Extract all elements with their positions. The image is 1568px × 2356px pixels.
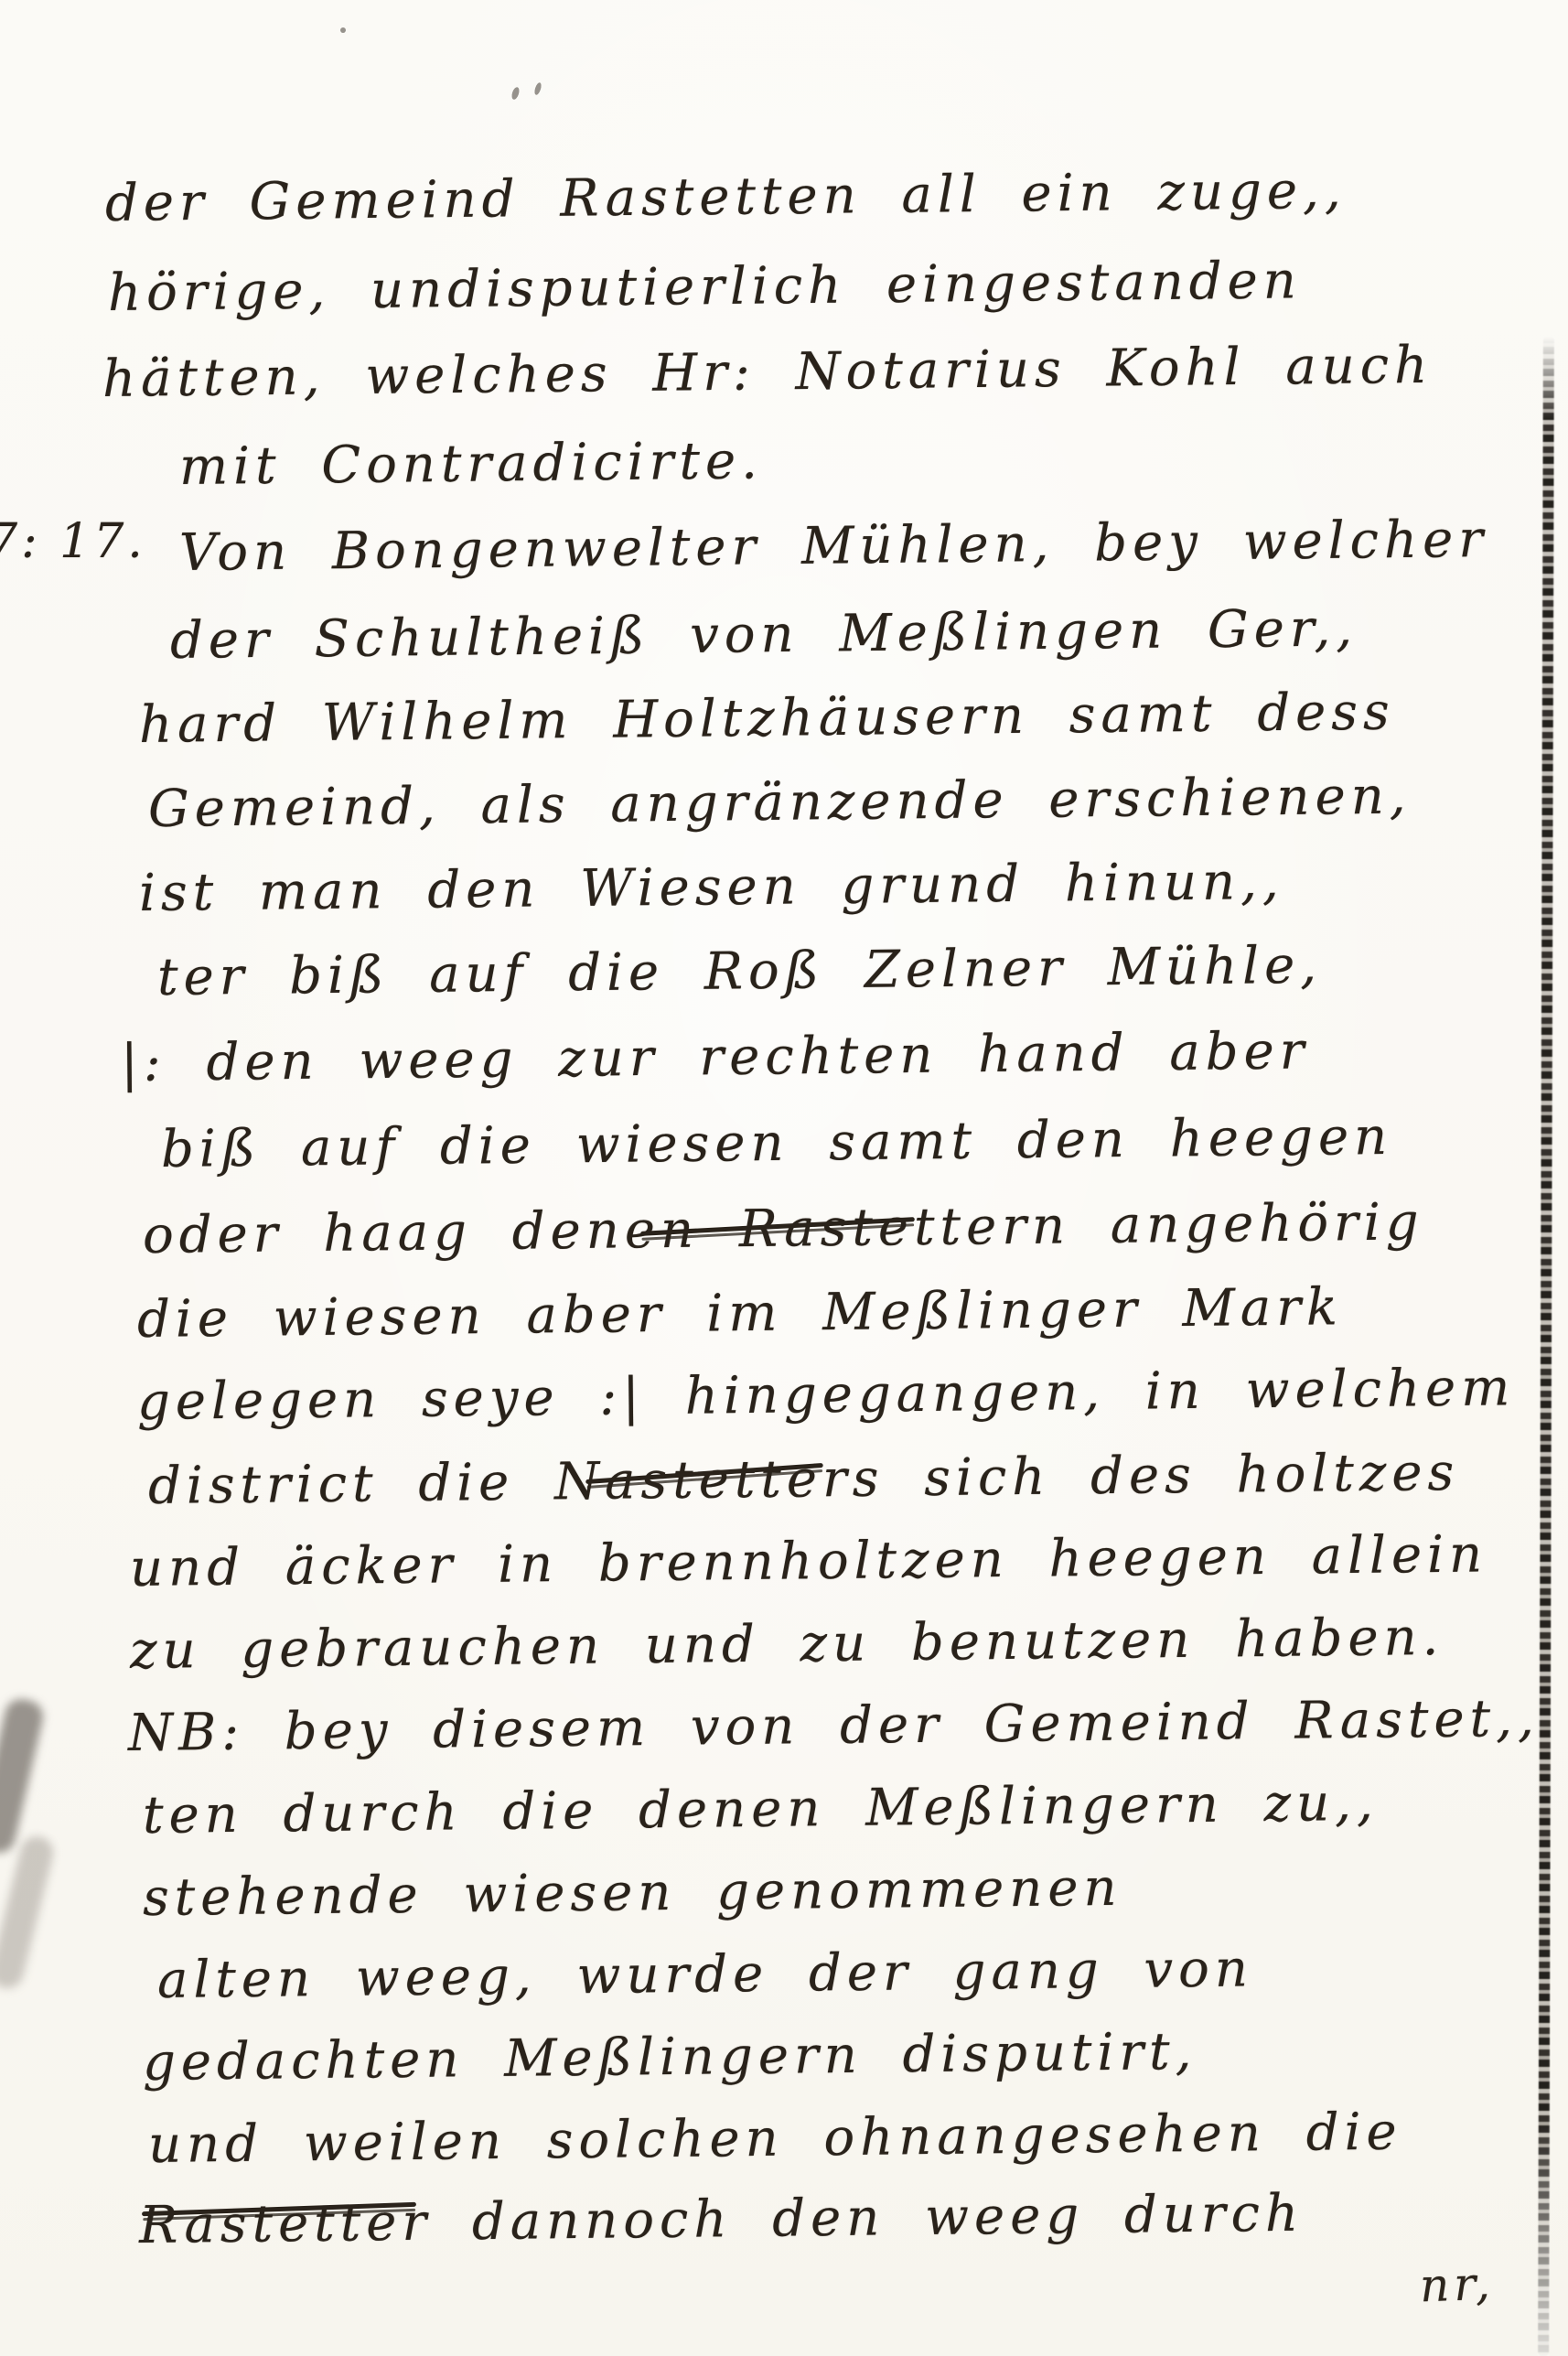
manuscript-line: und äcker in brennholtzen heegen allein bbox=[130, 1524, 1488, 1598]
manuscript-line: ist man den Wiesen grund hinun,, bbox=[139, 852, 1284, 923]
manuscript-line: alten weeg, wurde der gang von bbox=[157, 1939, 1254, 2010]
manuscript-line: Von Bongenwelter Mühlen, bey welcher bbox=[179, 510, 1489, 583]
manuscript-line: hörige, undisputierlich eingestanden bbox=[108, 251, 1302, 323]
manuscript-line: und weilen solchen ohnangesehen die bbox=[148, 2103, 1402, 2175]
manuscript-line: gedachten Meßlingern disputirt, bbox=[143, 2022, 1197, 2092]
manuscript-line: der Gemeind Rastetten all ein zuge,, bbox=[105, 161, 1347, 233]
manuscript-line: NB: bey diesem von der Gemeind Rastet,, bbox=[128, 1689, 1540, 1763]
manuscript-line: der Schultheiß von Meßlingen Ger,, bbox=[170, 598, 1359, 671]
manuscript-line: oder haag denen Rastettern angehörig bbox=[143, 1192, 1424, 1265]
smudge-mark bbox=[0, 1833, 57, 1992]
manuscript-line: mit Contradicirte. bbox=[179, 431, 764, 497]
catchword: nr, bbox=[1419, 2257, 1495, 2313]
margin-entry-number: 7: 17. bbox=[0, 514, 146, 569]
binding-edge bbox=[1538, 337, 1554, 2356]
ink-speck bbox=[340, 27, 346, 33]
manuscript-line: zu gebrauchen und zu benutzen haben. bbox=[130, 1608, 1444, 1681]
manuscript-line: |: den weeg zur rechten hand aber bbox=[121, 1021, 1310, 1093]
manuscript-line: stehende wiesen genommenen bbox=[143, 1858, 1122, 1928]
manuscript-line: Rastetter dannoch den weeg durch bbox=[139, 2184, 1305, 2255]
manuscript-line: hard Wilhelm Holtzhäusern samt dess bbox=[139, 683, 1395, 755]
manuscript-line: ter biß auf die Roß Zelner Mühle, bbox=[157, 936, 1323, 1007]
manuscript-line: ten durch die denen Meßlingern zu,, bbox=[143, 1773, 1379, 1845]
manuscript-page-scan: 7: 17. der Gemeind Rastetten all ein zug… bbox=[0, 0, 1568, 2356]
smudge-mark bbox=[0, 1695, 47, 1856]
manuscript-line: gelegen seye :| hingegangen, in welchem bbox=[137, 1358, 1516, 1432]
ink-speck bbox=[533, 81, 542, 95]
manuscript-line: die wiesen aber im Meßlinger Mark bbox=[137, 1277, 1344, 1350]
manuscript-line: Gemeind, als angränzende erschienen, bbox=[148, 767, 1412, 839]
manuscript-line: district die Nastetters sich des holtzes bbox=[148, 1443, 1460, 1516]
manuscript-line: biß auf die wiesen samt den heegen bbox=[161, 1107, 1393, 1179]
ink-speck bbox=[510, 86, 521, 100]
manuscript-line: hätten, welches Hr: Notarius Kohl auch bbox=[102, 336, 1434, 409]
